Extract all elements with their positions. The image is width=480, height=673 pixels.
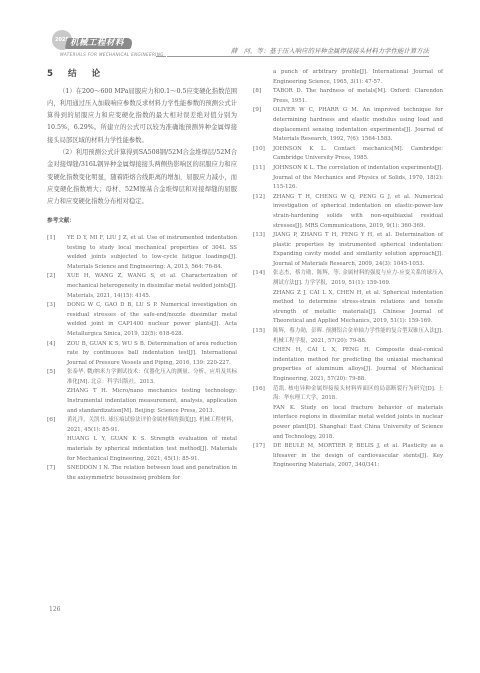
reference-number: [16] [253,385,273,443]
reference-number: [15] [253,327,273,385]
reference-item: [10]JOHNSON K L. Contact mechanics[M]. C… [253,145,443,164]
reference-item: [4]ZOU B, GUAN K S, WU S B. Determinatio… [47,340,237,369]
reference-text: ZHANG T H, CHENG W Q, PENG G J, et al. N… [273,193,443,231]
reference-number: [13] [253,231,273,269]
reference-number: [5] [47,368,67,416]
reference-line: JOHNSON K L. The correlation of indentat… [273,164,443,193]
left-column: 5 结 论 （1）在200～600 MPa屈服应力和0.1～0.5应变硬化指数范… [47,66,237,483]
reference-text: 黄礼洋，关凯书. 球压痕试验法评价金属材料的强度[J]. 机械工程材料，2021… [67,416,237,464]
reference-item: [9]OLIVER W C, PHARR G M. An improved te… [253,106,443,144]
reference-item: a punch of arbitrary profile[J]. Interna… [253,68,443,87]
reference-text: OLIVER W C, PHARR G M. An improved techn… [273,106,443,144]
reference-number: [7] [47,464,67,483]
journal-title-en: MATERIALS FOR MECHANICAL ENGINEERING [60,52,164,57]
reference-line: HUANG L Y, GUAN K S. Strength evaluation… [67,435,237,464]
reference-item: [1]YE D Y, MI F, LIU J Z, et al. Use of … [47,234,237,272]
page-header: 2025 机械工程材料 MATERIALS FOR MECHANICAL ENG… [0,0,480,62]
reference-line: FAN K. Study on local fracture behavior … [273,404,443,442]
reference-item: [7]SNEDDON I N. The relation between loa… [47,464,237,483]
reference-line: TABOR D. The hardness of metals[M]. Oxfo… [273,87,443,106]
reference-line: SNEDDON I N. The relation between load a… [67,464,237,483]
reference-line: JOHNSON K L. Contact mechanics[M]. Cambr… [273,145,443,164]
header-rule [167,56,429,57]
reference-number: [12] [253,193,273,231]
reference-item: [15]陈辉，蔡力勋，彭晖. 预测铝合金单轴力学性能的复合型双锥压入法[J]. … [253,327,443,385]
references-heading: 参考文献： [47,217,237,227]
reference-text: ZOU B, GUAN K S, WU S B. Determination o… [67,340,237,369]
reference-line: a punch of arbitrary profile[J]. Interna… [273,68,443,87]
reference-item: [6]黄礼洋，关凯书. 球压痕试验法评价金属材料的强度[J]. 机械工程材料，2… [47,416,237,464]
reference-item: [3]DONG W C, GAO D B, LU S P. Numerical … [47,301,237,339]
reference-text: SNEDDON I N. The relation between load a… [67,464,237,483]
reference-text: XUE H, WANG Z, WANG S, et al. Characteri… [67,272,237,301]
reference-text: 张泰华. 微/纳米力学测试技术：仪器化压入的测量、分析、应用及其标准化[M]. … [67,368,237,416]
reference-text: DONG W C, GAO D B, LU S P. Numerical inv… [67,301,237,339]
reference-line: JIANG P, ZHANG T H, FENG Y H, et al. Det… [273,231,443,269]
reference-text: 范凯. 核电异种金属焊接接头材料界面区的局部断裂行为研究[D]. 上海：华东理工… [273,385,443,443]
reference-text: 张志杰，蔡力勋，陈辉，等. 金属材料的强度与应力-应变关系的球压入测试方法[J]… [273,269,443,327]
reference-number: [17] [253,442,273,471]
reference-line: ZHANG T H, CHENG W Q, PENG G J, et al. N… [273,193,443,231]
reference-text: JIANG P, ZHANG T H, FENG Y H, et al. Det… [273,231,443,269]
header-rule-left [156,56,166,57]
reference-list-right: a punch of arbitrary profile[J]. Interna… [253,68,443,471]
reference-line: 张志杰，蔡力勋，陈辉，等. 金属材料的强度与应力-应变关系的球压入测试方法[J]… [273,269,443,288]
reference-item: [12]ZHANG T H, CHENG W Q, PENG G J, et a… [253,193,443,231]
reference-text: a punch of arbitrary profile[J]. Interna… [273,68,443,87]
reference-number: [2] [47,272,67,301]
reference-line: ZHANG Z J, CAI L X, CHEN H, et al. Spher… [273,289,443,327]
reference-number [253,68,273,87]
reference-line: DE BEULE M, MORTIER P, BELIS J, et al. P… [273,442,443,471]
reference-number: [14] [253,269,273,327]
reference-line: YE D Y, MI F, LIU J Z, et al. Use of ins… [67,234,237,272]
reference-number: [9] [253,106,273,144]
reference-text: JOHNSON K L. Contact mechanics[M]. Cambr… [273,145,443,164]
reference-item: [5]张泰华. 微/纳米力学测试技术：仪器化压入的测量、分析、应用及其标准化[M… [47,368,237,416]
reference-line: ZOU B, GUAN K S, WU S B. Determination o… [67,340,237,369]
reference-number: [8] [253,87,273,106]
reference-number: [1] [47,234,67,272]
reference-text: JOHNSON K L. The correlation of indentat… [273,164,443,193]
reference-list-left: [1]YE D Y, MI F, LIU J Z, et al. Use of … [47,234,237,483]
reference-item: [13]JIANG P, ZHANG T H, FENG Y H, et al.… [253,231,443,269]
reference-line: 陈辉，蔡力勋，彭晖. 预测铝合金单轴力学性能的复合型双锥压入法[J]. 机械工程… [273,327,443,346]
reference-number: [4] [47,340,67,369]
conclusion-paragraph-1: （1）在200～600 MPa屈服应力和0.1～0.5应变硬化指数范围内，利用通… [47,86,237,147]
reference-line: 黄礼洋，关凯书. 球压痕试验法评价金属材料的强度[J]. 机械工程材料，2021… [67,416,237,435]
reference-number: [6] [47,416,67,464]
reference-item: [17]DE BEULE M, MORTIER P, BELIS J, et a… [253,442,443,471]
reference-line: ZHANG T H. Micro/nano mechanics testing … [67,387,237,416]
reference-text: DE BEULE M, MORTIER P, BELIS J, et al. P… [273,442,443,471]
reference-line: 张泰华. 微/纳米力学测试技术：仪器化压入的测量、分析、应用及其标准化[M]. … [67,368,237,387]
reference-number: [11] [253,164,273,193]
reference-line: XUE H, WANG Z, WANG S, et al. Characteri… [67,272,237,301]
reference-item: [2]XUE H, WANG Z, WANG S, et al. Charact… [47,272,237,301]
reference-number: [3] [47,301,67,339]
reference-number: [10] [253,145,273,164]
reference-item: [8]TABOR D. The hardness of metals[M]. O… [253,87,443,106]
reference-text: TABOR D. The hardness of metals[M]. Oxfo… [273,87,443,106]
reference-line: 范凯. 核电异种金属焊接接头材料界面区的局部断裂行为研究[D]. 上海：华东理工… [273,385,443,404]
reference-line: DONG W C, GAO D B, LU S P. Numerical inv… [67,301,237,339]
reference-item: [14]张志杰，蔡力勋，陈辉，等. 金属材料的强度与应力-应变关系的球压入测试方… [253,269,443,327]
reference-item: [11]JOHNSON K L. The correlation of inde… [253,164,443,193]
page-number: 126 [49,606,60,613]
right-column: a punch of arbitrary profile[J]. Interna… [253,68,443,471]
reference-line: CHEN H, CAI L X, PENG H. Composite dual-… [273,346,443,384]
running-title: 薛 河，等：基于压入响应的异种金属焊接接头材料力学性能计算方法 [231,46,429,55]
journal-title-cn: 机械工程材料 [70,38,124,49]
reference-item: [16]范凯. 核电异种金属焊接接头材料界面区的局部断裂行为研究[D]. 上海：… [253,385,443,443]
reference-line: OLIVER W C, PHARR G M. An improved techn… [273,106,443,144]
reference-text: YE D Y, MI F, LIU J Z, et al. Use of ins… [67,234,237,272]
section-title: 5 结 论 [47,70,237,80]
conclusion-paragraph-2: （2）利用预测公式计算得到SA508钢/52M合金堆焊层/52M合金对接焊缝/3… [47,147,237,208]
reference-text: 陈辉，蔡力勋，彭晖. 预测铝合金单轴力学性能的复合型双锥压入法[J]. 机械工程… [273,327,443,385]
